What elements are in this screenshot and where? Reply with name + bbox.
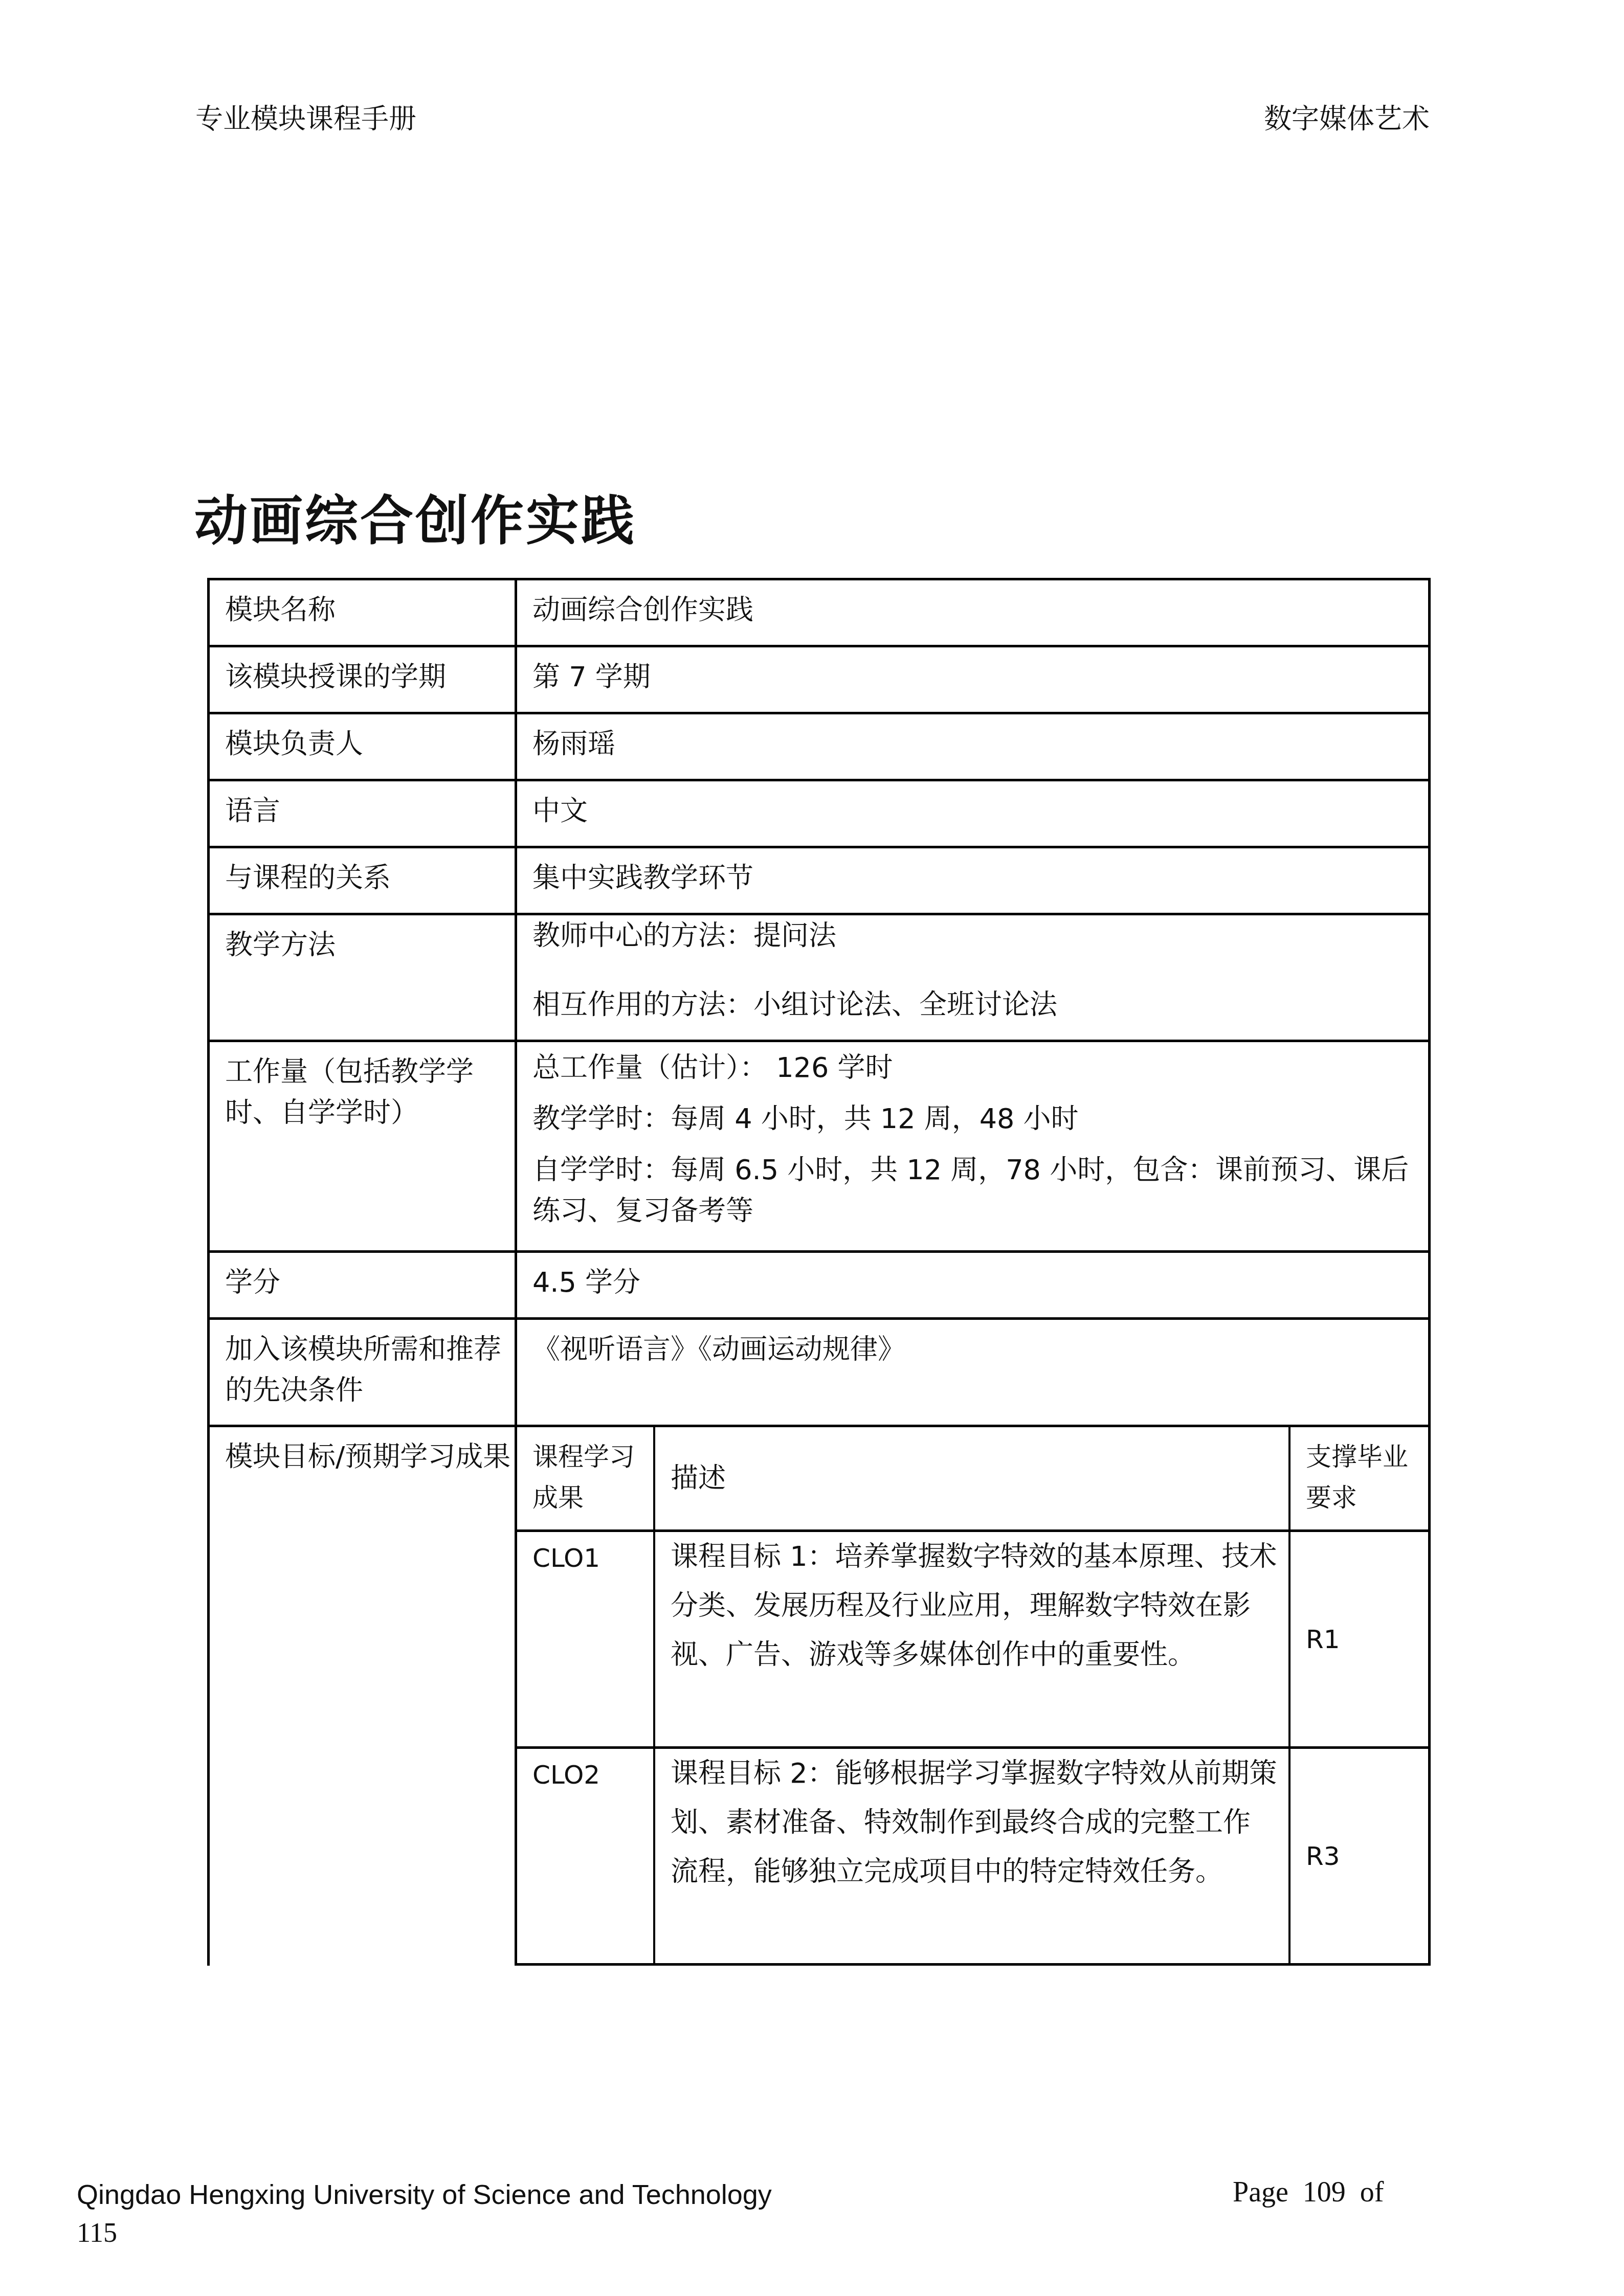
clo-description: 课程目标 2：能够根据学习掌握数字特效从前期策划、素材准备、特效制作到最终合成的… (655, 1749, 1291, 1963)
header-clo: 课程学习成果 (517, 1427, 655, 1529)
row-label: 学分 (207, 1253, 517, 1317)
workload-line: 教学学时：每周 4 小时，共 12 周，48 小时 (532, 1093, 1413, 1144)
row-value: 4.5 学分 (517, 1253, 1431, 1317)
subtable-row: CLO2 课程目标 2：能够根据学习掌握数字特效从前期策划、素材准备、特效制作到… (517, 1746, 1428, 1963)
table-row: 教学方法 教师中心的方法：提问法 相互作用的方法：小组讨论法、全班讨论法 (207, 913, 1431, 1040)
clo-description: 课程目标 1：培养掌握数字特效的基本原理、技术分类、发展历程及行业应用，理解数字… (655, 1532, 1291, 1746)
clo-code: CLO2 (517, 1749, 655, 1963)
clo-requirement: R3 (1291, 1749, 1428, 1963)
workload-line: 总工作量（估计）： 126 学时 (532, 1042, 1413, 1093)
objectives-subtable: 课程学习成果 描述 支撑毕业要求 CLO1 课程目标 1：培养掌握数字特效的基本… (517, 1427, 1431, 1966)
page-number: Page 109 of (1233, 2176, 1384, 2209)
row-label: 加入该模块所需和推荐的先决条件 (207, 1320, 517, 1425)
row-label: 工作量（包括教学学时、自学学时） (207, 1042, 517, 1250)
table-row: 学分 4.5 学分 (207, 1250, 1431, 1317)
table-row: 加入该模块所需和推荐的先决条件 《视听语言》《动画运动规律》 (207, 1317, 1431, 1425)
row-value: 《视听语言》《动画运动规律》 (517, 1320, 1431, 1425)
table-row: 该模块授课的学期 第 7 学期 (207, 645, 1431, 712)
row-label: 语言 (207, 781, 517, 846)
row-value: 杨雨瑶 (517, 714, 1431, 779)
page-title: 动画综合创作实践 (194, 478, 636, 555)
institution-name: Qingdao Hengxing University of Science a… (77, 2176, 772, 2214)
row-label: 模块名称 (207, 580, 517, 645)
table-row-objectives: 模块目标/预期学习成果 课程学习成果 描述 支撑毕业要求 CLO1 课程目标 1… (207, 1425, 1431, 1966)
table-row: 与课程的关系 集中实践教学环节 (207, 846, 1431, 913)
footer-institution: Qingdao Hengxing University of Science a… (77, 2176, 772, 2252)
workload-line: 自学学时：每周 6.5 小时，共 12 周，78 小时，包含：课前预习、课后练习… (532, 1150, 1413, 1231)
subtable-row: CLO1 课程目标 1：培养掌握数字特效的基本原理、技术分类、发展历程及行业应用… (517, 1529, 1428, 1746)
row-label: 教学方法 (207, 915, 517, 1040)
row-label: 模块负责人 (207, 714, 517, 779)
subtable-header: 课程学习成果 描述 支撑毕业要求 (517, 1427, 1428, 1529)
row-value: 总工作量（估计）： 126 学时 教学学时：每周 4 小时，共 12 周，48 … (517, 1042, 1431, 1250)
table-row: 模块负责人 杨雨瑶 (207, 712, 1431, 779)
page-total: 115 (77, 2214, 772, 2252)
row-value: 第 7 学期 (517, 647, 1431, 712)
row-value: 集中实践教学环节 (517, 848, 1431, 913)
header-graduation-requirement: 支撑毕业要求 (1291, 1427, 1428, 1529)
clo-requirement: R1 (1291, 1532, 1428, 1746)
table-row: 工作量（包括教学学时、自学学时） 总工作量（估计）： 126 学时 教学学时：每… (207, 1040, 1431, 1250)
clo-code: CLO1 (517, 1532, 655, 1746)
teaching-method-line: 相互作用的方法：小组讨论法、全班讨论法 (532, 984, 1413, 1025)
row-label: 模块目标/预期学习成果 (207, 1427, 517, 1966)
row-value: 教师中心的方法：提问法 相互作用的方法：小组讨论法、全班讨论法 (517, 915, 1431, 1040)
row-label: 与课程的关系 (207, 848, 517, 913)
table-row: 模块名称 动画综合创作实践 (207, 578, 1431, 645)
row-value: 中文 (517, 781, 1431, 846)
module-info-table: 模块名称 动画综合创作实践 该模块授课的学期 第 7 学期 模块负责人 杨雨瑶 … (207, 578, 1431, 1966)
row-value: 动画综合创作实践 (517, 580, 1431, 645)
teaching-method-line: 教师中心的方法：提问法 (532, 915, 1413, 956)
header-handbook-title: 专业模块课程手册 (195, 97, 416, 137)
header-description: 描述 (655, 1427, 1291, 1529)
table-row: 语言 中文 (207, 779, 1431, 846)
header-program-name: 数字媒体艺术 (1264, 97, 1430, 137)
row-label: 该模块授课的学期 (207, 647, 517, 712)
